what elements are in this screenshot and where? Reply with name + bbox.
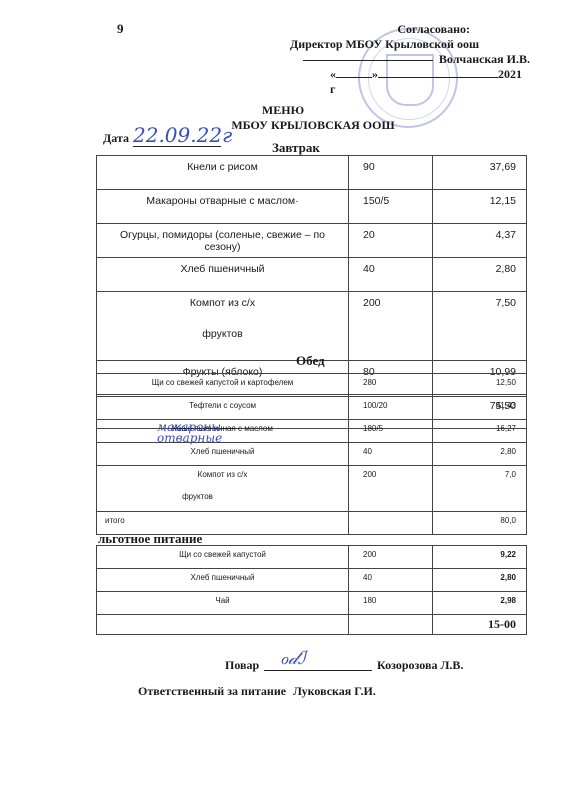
- dish-name: Хлеб пшеничный: [97, 443, 349, 466]
- dish-weight: 180/5: [349, 420, 433, 443]
- dish-price: 2,98: [433, 592, 527, 615]
- total-row: 15-00: [97, 615, 527, 635]
- dish-price: 12,15: [433, 190, 527, 224]
- dish-name-line2: фруктов: [105, 492, 340, 501]
- table-row: Щи со свежей капустой 200 9,22: [97, 546, 527, 569]
- dish-weight: 40: [349, 258, 433, 292]
- dish-weight: 40: [349, 443, 433, 466]
- approval-year: 2021 г: [330, 67, 522, 96]
- school-name: МБОУ КРЫЛОВСКАЯ ООШ: [0, 118, 566, 133]
- date-label: Дата: [103, 131, 129, 146]
- dish-price: 16,27: [433, 420, 527, 443]
- total-weight-cell: [349, 512, 433, 535]
- section-title-lunch: Обед: [296, 353, 325, 369]
- dish-name-line1: Компот из с/х: [190, 297, 255, 309]
- table-row: Хлеб пшеничный 40 2,80: [97, 569, 527, 592]
- document-title: МЕНЮ: [0, 103, 566, 118]
- dish-weight: 100/20: [349, 397, 433, 420]
- signature-blank: [303, 60, 433, 61]
- total-label-cell: [97, 615, 349, 635]
- handwritten-line2: отварные: [157, 433, 222, 444]
- date-value: 22.09.22г: [133, 124, 221, 147]
- dish-name: Огурцы, помидоры (соленые, свежие – по с…: [97, 224, 349, 258]
- dish-name: Чай: [97, 592, 349, 615]
- director-name: Волчанская И.В.: [439, 52, 530, 66]
- dish-weight: 40: [349, 569, 433, 592]
- dish-price: 41,43: [433, 397, 527, 420]
- responsible-label: Ответственный за питание: [138, 684, 286, 699]
- table-row: Макароны отварные с маслом· 150/5 12,15: [97, 190, 527, 224]
- dish-weight: 200: [349, 292, 433, 361]
- table-row: Компот из с/хфруктов 200 7,0: [97, 466, 527, 512]
- table-row: Чай 180 2,98: [97, 592, 527, 615]
- dish-weight: 150/5: [349, 190, 433, 224]
- dish-name-line2: фруктов: [105, 328, 340, 340]
- dish-price: 2,80: [433, 569, 527, 592]
- approval-director-line: Волчанская И.В.: [290, 52, 530, 67]
- approval-position: Директор МБОУ Крыловской оош: [290, 37, 530, 52]
- dish-name: Компот из с/хфруктов: [97, 292, 349, 361]
- dish-price: 12,50: [433, 374, 527, 397]
- dish-name: Щи со свежей капустой: [97, 546, 349, 569]
- dish-price: 7,50: [433, 292, 527, 361]
- dish-price: 2,80: [433, 258, 527, 292]
- table-row: Тефтели с соусом 100/20 41,43: [97, 397, 527, 420]
- dish-name: Хлеб пшеничный: [97, 258, 349, 292]
- dish-weight: 280: [349, 374, 433, 397]
- quote-open: «: [330, 67, 336, 81]
- total-price: 80,0: [433, 512, 527, 535]
- dish-price: 7,0: [433, 466, 527, 512]
- dish-name: Каша пшеничная с маслом: [97, 420, 349, 443]
- dish-weight: 180: [349, 592, 433, 615]
- table-row: Хлеб пшеничный 40 2,80: [97, 258, 527, 292]
- dish-name: Хлеб пшеничный: [97, 569, 349, 592]
- dish-price: 2,80: [433, 443, 527, 466]
- day-blank: [336, 77, 372, 78]
- dish-weight: 200: [349, 546, 433, 569]
- cook-label: Повар: [225, 658, 259, 673]
- section-title-breakfast: Завтрак: [272, 140, 320, 156]
- approval-date-line: «»2021 г: [290, 67, 530, 97]
- cook-signature-line: [264, 670, 372, 671]
- dish-price: 9,22: [433, 546, 527, 569]
- month-blank: [378, 77, 498, 78]
- approval-block: Согласовано: Директор МБОУ Крыловской оо…: [290, 22, 530, 97]
- dish-name: Щи со свежей капустой и картофелем: [97, 374, 349, 397]
- dish-price: 4,37: [433, 224, 527, 258]
- lunch-table: Щи со свежей капустой и картофелем 280 1…: [96, 373, 527, 535]
- page-number: 9: [117, 21, 124, 37]
- total-weight-cell: [349, 615, 433, 635]
- dish-name-rest: с маслом: [236, 424, 273, 433]
- quote-close: »: [372, 67, 378, 81]
- dish-weight: 20: [349, 224, 433, 258]
- dish-name: Тефтели с соусом: [97, 397, 349, 420]
- table-row: Огурцы, помидоры (соленые, свежие – по с…: [97, 224, 527, 258]
- table-row: Щи со свежей капустой и картофелем 280 1…: [97, 374, 527, 397]
- cook-signature: ℴ𝒹ℐ: [280, 648, 306, 669]
- table-row: Компот из с/хфруктов 200 7,50: [97, 292, 527, 361]
- dish-weight: 90: [349, 156, 433, 190]
- cook-name: Козорозова Л.В.: [377, 658, 463, 673]
- dish-name: Кнели с рисом: [97, 156, 349, 190]
- table-row: Кнели с рисом 90 37,69: [97, 156, 527, 190]
- responsible-name: Луковская Г.И.: [293, 684, 376, 699]
- approval-title: Согласовано:: [290, 22, 530, 37]
- table-row: Хлеб пшеничный 40 2,80: [97, 443, 527, 466]
- handwritten-correction: макароныотварные: [157, 422, 222, 444]
- benefit-table: Щи со свежей капустой 200 9,22 Хлеб пшен…: [96, 545, 527, 635]
- dish-weight: 200: [349, 466, 433, 512]
- dish-name-line1: Компот из с/х: [198, 470, 248, 479]
- dish-name: Макароны отварные с маслом·: [97, 190, 349, 224]
- dish-price: 37,69: [433, 156, 527, 190]
- dish-name: Компот из с/хфруктов: [97, 466, 349, 512]
- total-price: 15-00: [433, 615, 527, 635]
